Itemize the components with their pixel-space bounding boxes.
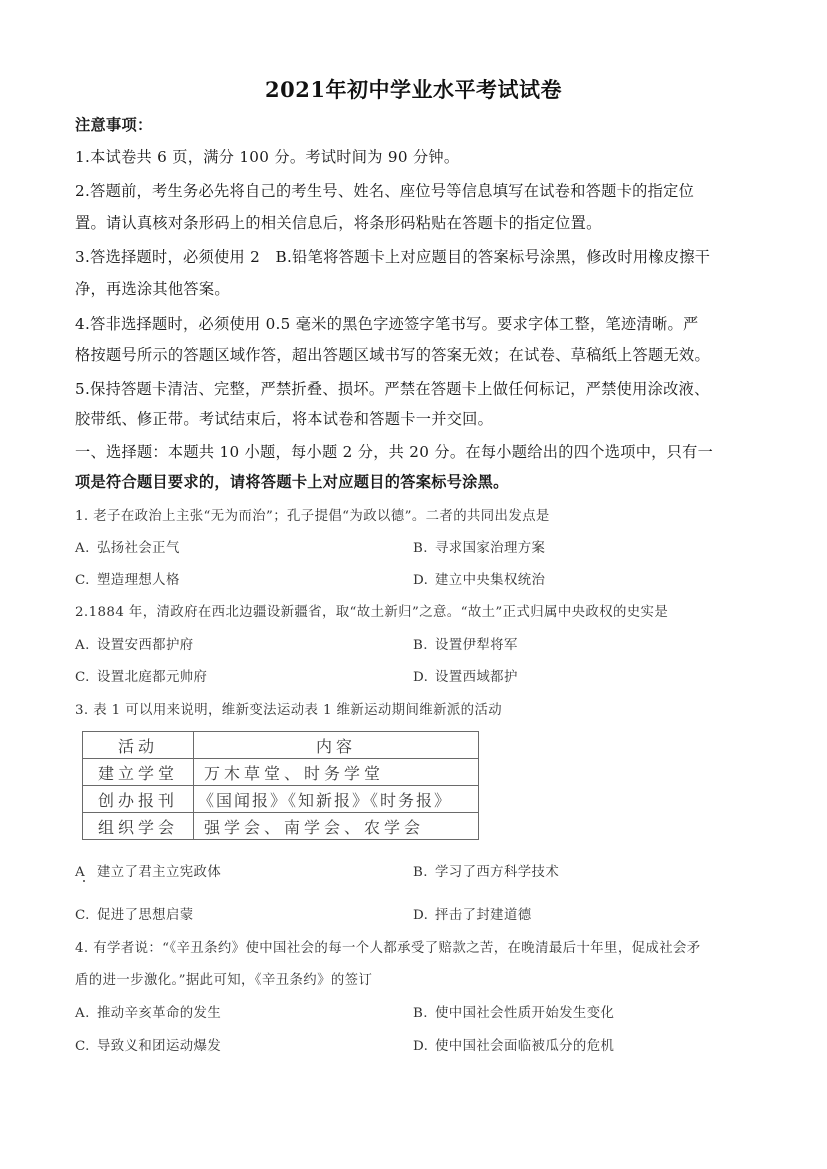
option-label: D. xyxy=(413,670,435,685)
question-4-option-b[interactable]: B.使中国社会性质开始发生变化 xyxy=(413,1002,614,1021)
option-text: 建立中央集权统治 xyxy=(435,573,545,588)
option-label: A. xyxy=(75,1006,97,1021)
table-header-row: 活动 内容 xyxy=(83,732,479,759)
question-3-option-a[interactable]: A建立了君主立宪政体 xyxy=(75,861,221,880)
question-2-option-b[interactable]: B.设置伊犁将军 xyxy=(413,634,518,653)
table-row: 创办报刊 《国闻报》《知新报》《时务报》 xyxy=(83,786,479,813)
question-1-stem: 1. 老子在政治上主张“无为而治”；孔子提倡“为政以德”。二者的共同出发点是 xyxy=(75,505,550,524)
question-1-option-b[interactable]: B.寻求国家治理方案 xyxy=(413,537,545,556)
question-1-option-c[interactable]: C.塑造理想人格 xyxy=(75,569,180,588)
table-row: 建立学堂 万木草堂、时务学堂 xyxy=(83,759,479,786)
notice-line: 5.保持答题卡清洁、完整，严禁折叠、损坏。严禁在答题卡上做任何标记，严禁使用涂改… xyxy=(75,378,710,399)
question-3-option-b[interactable]: B.学习了西方科学技术 xyxy=(413,861,559,880)
option-text: 设置安西都护府 xyxy=(97,638,194,653)
option-text: 设置北庭都元帅府 xyxy=(97,670,207,685)
option-text: 塑造理想人格 xyxy=(97,573,180,588)
option-label: B. xyxy=(413,865,435,880)
stray-period-mark xyxy=(83,880,85,882)
question-4-stem: 盾的进一步激化。”据此可知，《辛丑条约》的签订 xyxy=(75,969,372,988)
option-label: D. xyxy=(413,1039,435,1054)
notice-line: 2.答题前，考生务必先将自己的考生号、姓名、座位号等信息填写在试卷和答题卡的指定… xyxy=(75,180,694,201)
option-text: 建立了君主立宪政体 xyxy=(97,865,221,880)
exam-title: 2021年初中学业水平考试试卷 xyxy=(0,74,827,104)
option-label: C. xyxy=(75,908,97,923)
option-label: A. xyxy=(75,638,97,653)
table-header-cell: 活动 xyxy=(83,732,194,759)
option-text: 弘扬社会正气 xyxy=(97,541,180,556)
option-label: D. xyxy=(413,573,435,588)
question-1-option-d[interactable]: D.建立中央集权统治 xyxy=(413,569,545,588)
table-1-reform-activities: 活动 内容 建立学堂 万木草堂、时务学堂 创办报刊 《国闻报》《知新报》《时务报… xyxy=(82,731,479,840)
section-heading-line: 项是符合题目要求的，请将答题卡上对应题目的答案标号涂黑。 xyxy=(75,471,509,492)
option-label: A. xyxy=(75,541,97,556)
option-label: D. xyxy=(413,908,435,923)
table-cell: 《国闻报》《知新报》《时务报》 xyxy=(194,786,479,813)
option-text: 使中国社会性质开始发生变化 xyxy=(435,1006,614,1021)
notice-line: 4.答非选择题时，必须使用 0.5 毫米的黑色字迹签字笔书写。要求字体工整，笔迹… xyxy=(75,313,698,334)
question-1-option-a[interactable]: A.弘扬社会正气 xyxy=(75,537,180,556)
option-label: C. xyxy=(75,1039,97,1054)
table-row: 组织学会 强学会、南学会、农学会 xyxy=(83,813,479,840)
option-label: B. xyxy=(413,638,435,653)
question-4-stem: 4. 有学者说：“《辛丑条约》使中国社会的每一个人都承受了赔款之苦，在晚清最后十… xyxy=(75,937,701,956)
question-2-option-a[interactable]: A.设置安西都护府 xyxy=(75,634,194,653)
notice-line: 置。请认真核对条形码上的相关信息后，将条形码粘贴在答题卡的指定位置。 xyxy=(75,212,602,233)
question-2-option-c[interactable]: C.设置北庭都元帅府 xyxy=(75,666,207,685)
option-text: 导致义和团运动爆发 xyxy=(97,1039,221,1054)
question-3-option-c[interactable]: C.促进了思想启蒙 xyxy=(75,904,194,923)
notice-line: 3.答选择题时，必须使用 2 B.铅笔将答题卡上对应题目的答案标号涂黑，修改时用… xyxy=(75,246,710,267)
option-text: 设置伊犁将军 xyxy=(435,638,518,653)
option-text: 寻求国家治理方案 xyxy=(435,541,545,556)
option-label: C. xyxy=(75,573,97,588)
table-header-cell: 内容 xyxy=(194,732,479,759)
question-2-option-d[interactable]: D.设置西域都护 xyxy=(413,666,518,685)
option-text: 促进了思想启蒙 xyxy=(97,908,194,923)
table-cell: 强学会、南学会、农学会 xyxy=(194,813,479,840)
question-2-stem: 2.1884 年，清政府在西北边疆设新疆省，取“故土新归”之意。“故土”正式归属… xyxy=(75,601,668,620)
option-text: 抨击了封建道德 xyxy=(435,908,532,923)
option-label: A xyxy=(75,865,97,880)
notice-heading: 注意事项： xyxy=(75,114,152,135)
option-label: B. xyxy=(413,1006,435,1021)
question-3-option-d[interactable]: D.抨击了封建道德 xyxy=(413,904,532,923)
question-3-stem: 3. 表 1 可以用来说明，维新变法运动表 1 维新运动期间维新派的活动 xyxy=(75,699,502,718)
option-text: 使中国社会面临被瓜分的危机 xyxy=(435,1039,614,1054)
option-text: 学习了西方科学技术 xyxy=(435,865,559,880)
option-text: 设置西域都护 xyxy=(435,670,518,685)
option-label: C. xyxy=(75,670,97,685)
table-cell: 组织学会 xyxy=(83,813,194,840)
option-label: B. xyxy=(413,541,435,556)
notice-line: 1.本试卷共 6 页，满分 100 分。考试时间为 90 分钟。 xyxy=(75,146,459,167)
table-cell: 创办报刊 xyxy=(83,786,194,813)
question-4-option-c[interactable]: C.导致义和团运动爆发 xyxy=(75,1035,221,1054)
notice-line: 胶带纸、修正带。考试结束后，将本试卷和答题卡一并交回。 xyxy=(75,408,493,429)
question-4-option-d[interactable]: D.使中国社会面临被瓜分的危机 xyxy=(413,1035,614,1054)
table-cell: 建立学堂 xyxy=(83,759,194,786)
question-4-option-a[interactable]: A.推动辛亥革命的发生 xyxy=(75,1002,221,1021)
notice-line: 净，再选涂其他答案。 xyxy=(75,278,230,299)
notice-line: 格按题号所示的答题区域作答，超出答题区域书写的答案无效；在试卷、草稿纸上答题无效… xyxy=(75,344,710,365)
option-text: 推动辛亥革命的发生 xyxy=(97,1006,221,1021)
table-cell: 万木草堂、时务学堂 xyxy=(194,759,479,786)
section-heading-line: 一、选择题：本题共 10 小题，每小题 2 分，共 20 分。在每小题给出的四个… xyxy=(75,441,713,462)
